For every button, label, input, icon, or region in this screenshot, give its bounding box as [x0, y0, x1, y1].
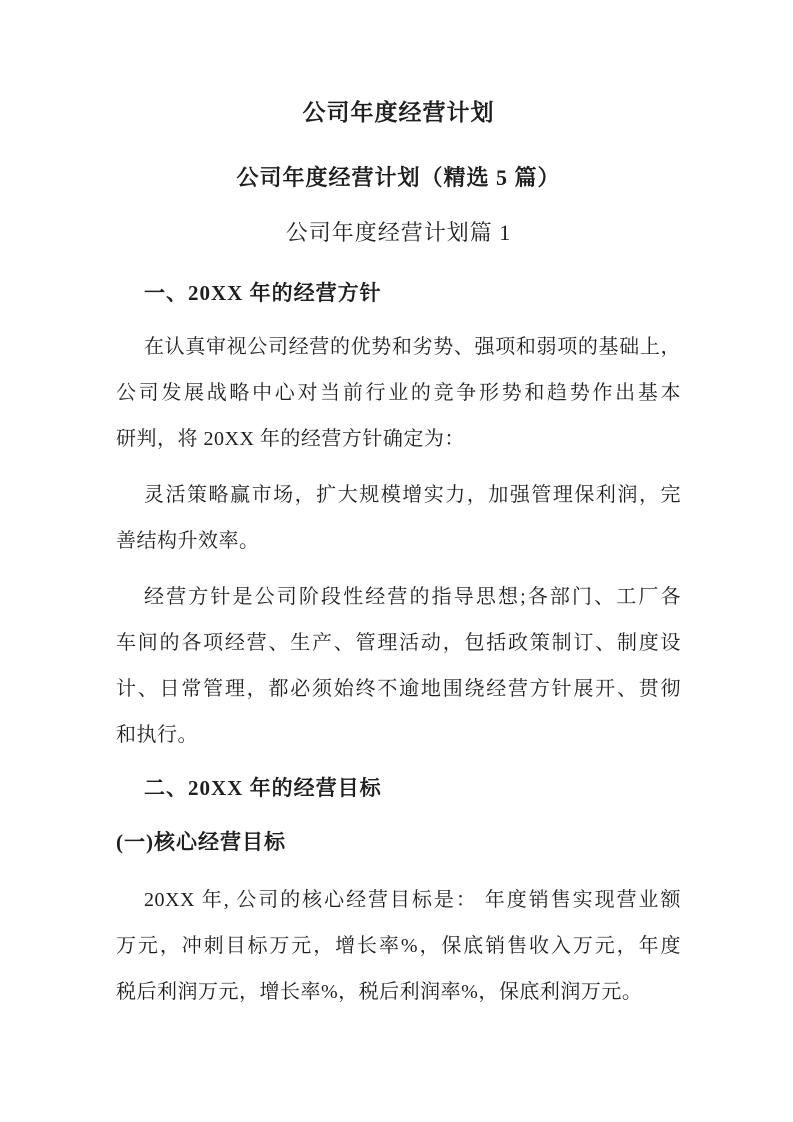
text-line: 车间的各项经营、生产、管理活动，包括政策制订、制度设	[116, 620, 681, 666]
text-line: 税后利润万元，增长率%，税后利润率%，保底利润万元。	[116, 969, 681, 1015]
text-line: 研判，将 20XX 年的经营方针确定为：	[116, 416, 681, 462]
section-heading-2: 二、20XX 年的经营目标	[116, 765, 681, 811]
text-line: 善结构升效率。	[116, 518, 681, 564]
paragraph-4: 20XX 年, 公司的核心经营目标是： 年度销售实现营业额万元，冲刺目标万元，增…	[116, 877, 681, 1015]
text-line: 计、日常管理，都必须始终不逾地围绕经营方针展开、贯彻	[116, 666, 681, 712]
text-line: 经营方针是公司阶段性经营的指导思想;各部门、工厂各	[116, 574, 681, 620]
doc-title-main: 公司年度经营计划	[116, 96, 681, 130]
section-heading-1: 一、20XX 年的经营方针	[116, 270, 681, 316]
paragraph-1: 在认真审视公司经营的优势和劣势、强项和弱项的基础上，公司发展战略中心对当前行业的…	[116, 324, 681, 462]
paragraph-3: 经营方针是公司阶段性经营的指导思想;各部门、工厂各车间的各项经营、生产、管理活动…	[116, 574, 681, 758]
doc-title-part-1: 公司年度经营计划篇 1	[116, 216, 681, 250]
text-line: 20XX 年, 公司的核心经营目标是： 年度销售实现营业额	[116, 877, 681, 923]
document-page: 公司年度经营计划 公司年度经营计划（精选 5 篇） 公司年度经营计划篇 1 一、…	[0, 0, 793, 1122]
text-line: 灵活策略赢市场，扩大规模增实力，加强管理保利润，完	[116, 472, 681, 518]
text-line: 公司发展战略中心对当前行业的竞争形势和趋势作出基本	[116, 370, 681, 416]
doc-title-collection: 公司年度经营计划（精选 5 篇）	[116, 161, 681, 195]
subsection-heading-1: (一)核心经营目标	[116, 819, 681, 865]
paragraph-2: 灵活策略赢市场，扩大规模增实力，加强管理保利润，完善结构升效率。	[116, 472, 681, 564]
text-line: 在认真审视公司经营的优势和劣势、强项和弱项的基础上，	[116, 324, 681, 370]
text-line: 万元，冲刺目标万元，增长率%，保底销售收入万元，年度	[116, 923, 681, 969]
text-line: 和执行。	[116, 712, 681, 758]
